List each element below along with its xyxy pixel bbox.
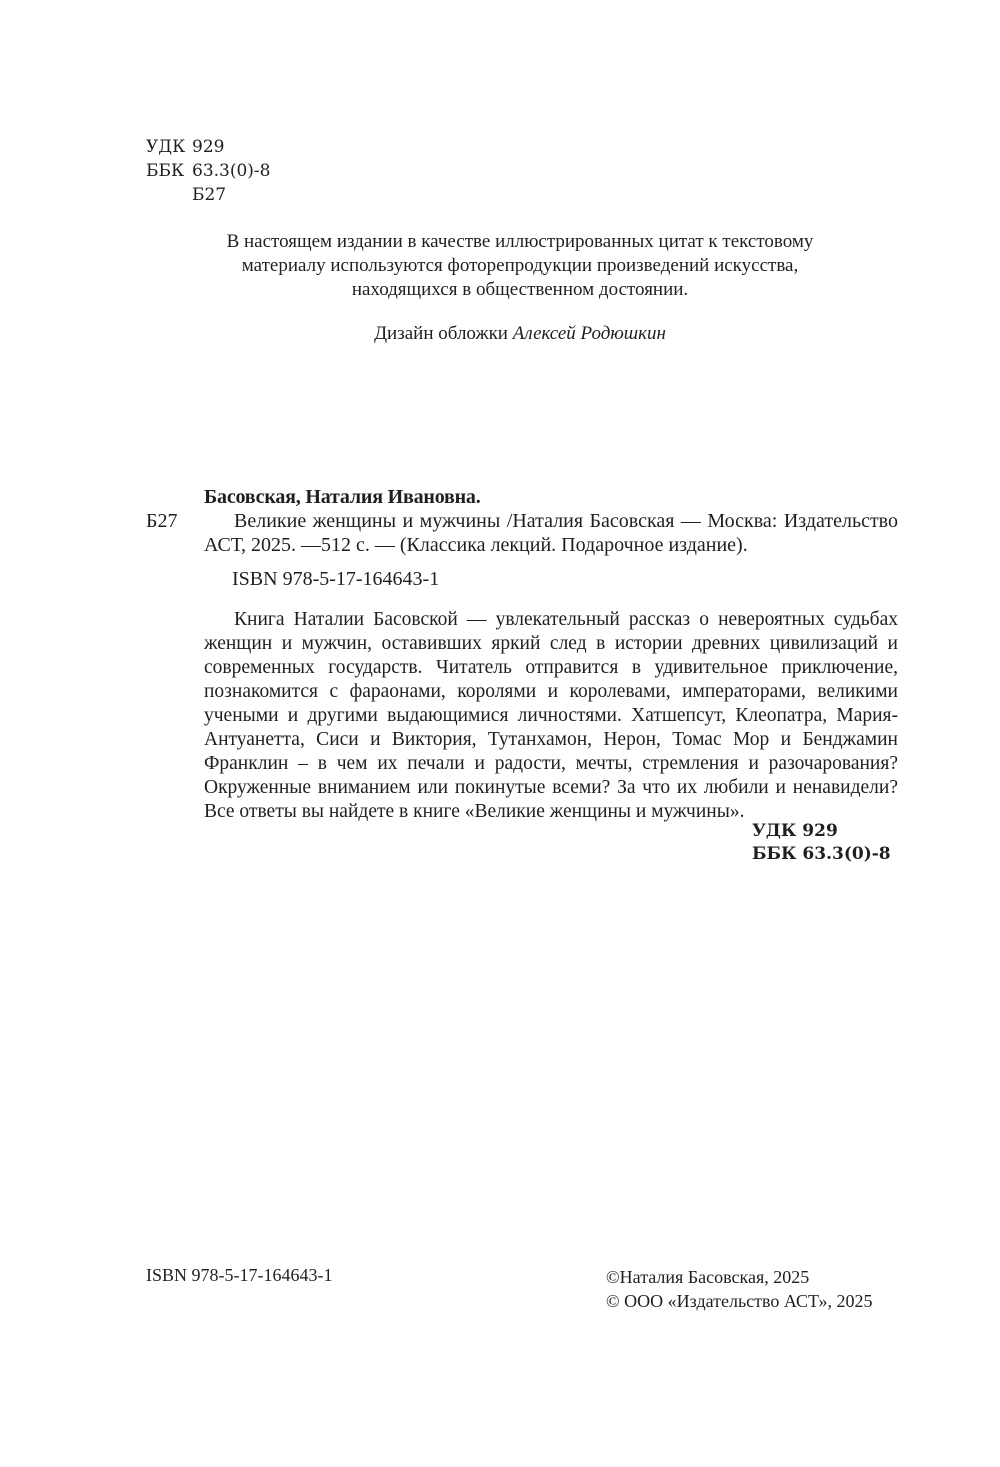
udk-code: УДК 929 xyxy=(752,820,891,843)
classification-block-bottom: УДК 929 ББК 63.3(0)-8 xyxy=(752,820,891,866)
notice-line: В настоящем издании в качестве иллюстрир… xyxy=(150,230,890,254)
cover-design-credit: Дизайн обложки Алексей Родюшкин xyxy=(150,322,890,346)
bbk-label: ББК xyxy=(146,159,192,183)
record-isbn: ISBN 978-5-17-164643-1 xyxy=(232,568,439,591)
bbk-code: ББК 63.3(0)-8 xyxy=(752,843,891,866)
copyright-line: ©Наталия Басовская, 2025 xyxy=(606,1265,873,1289)
designer-name: Алексей Родюшкин xyxy=(513,323,666,344)
design-credit-label: Дизайн обложки xyxy=(374,323,508,344)
notice-line: материалу используются фоторепродукции п… xyxy=(150,254,890,278)
record-author: Басовская, Наталия Ивановна. xyxy=(204,486,481,509)
record-description: Великие женщины и мужчины /Наталия Басов… xyxy=(204,509,898,557)
copyright-notice: ©Наталия Басовская, 2025 © ООО «Издатель… xyxy=(606,1265,873,1313)
footer-isbn: ISBN 978-5-17-164643-1 xyxy=(146,1265,333,1286)
public-domain-notice: В настоящем издании в качестве иллюстрир… xyxy=(150,230,890,302)
record-author-mark: Б27 xyxy=(146,510,177,533)
book-annotation: Книга Наталии Басовской — увлекательный … xyxy=(204,608,898,824)
author-mark: Б27 xyxy=(192,183,226,207)
notice-line: находящихся в общественном достоянии. xyxy=(150,278,890,302)
udk-value: 929 xyxy=(192,135,224,159)
bbk-value: 63.3(0)-8 xyxy=(192,159,271,183)
copyright-line: © ООО «Издательство АСТ», 2025 xyxy=(606,1289,873,1313)
udk-label: УДК xyxy=(146,135,192,159)
classification-block-top: УДК929 ББК63.3(0)-8 Б27 xyxy=(146,135,271,207)
